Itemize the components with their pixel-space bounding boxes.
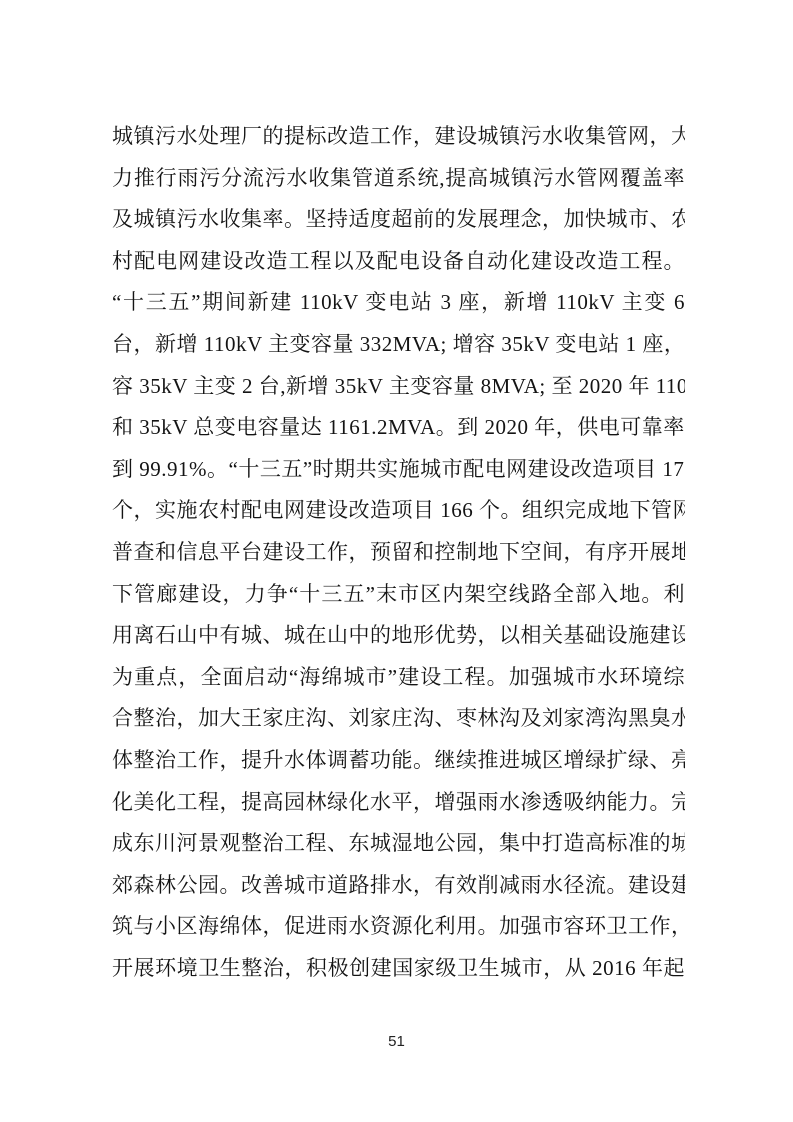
paragraph-line: 容 35kV 主变 2 台,新增 35kV 主变容量 8MVA; 至 2020 … — [112, 366, 685, 408]
paragraph-line: “十三五”期间新建 110kV 变电站 3 座，新增 110kV 主变 6 — [112, 282, 685, 324]
paragraph-line: 力推行雨污分流污水收集管道系统,提高城镇污水管网覆盖率 — [112, 158, 685, 200]
paragraph-line: 郊森林公园。改善城市道路排水，有效削减雨水径流。建设建 — [112, 865, 685, 907]
paragraph-line: 合整治，加大王家庄沟、刘家庄沟、枣林沟及刘家湾沟黑臭水 — [112, 698, 685, 740]
document-page: 城镇污水处理厂的提标改造工作，建设城镇污水收集管网，大 力推行雨污分流污水收集管… — [0, 0, 793, 1122]
paragraph-line: 台，新增 110kV 主变容量 332MVA; 增容 35kV 变电站 1 座，… — [112, 324, 685, 366]
paragraph-line: 及城镇污水收集率。坚持适度超前的发展理念，加快城市、农 — [112, 199, 685, 241]
paragraph-line: 成东川河景观整治工程、东城湿地公园，集中打造高标准的城 — [112, 823, 685, 865]
paragraph-line: 化美化工程，提高园林绿化水平，增强雨水渗透吸纳能力。完 — [112, 782, 685, 824]
paragraph-line: 用离石山中有城、城在山中的地形优势，以相关基础设施建设 — [112, 615, 685, 657]
paragraph-line: 到 99.91%。“十三五”时期共实施城市配电网建设改造项目 173 — [112, 449, 685, 491]
paragraph-line: 为重点，全面启动“海绵城市”建设工程。加强城市水环境综 — [112, 657, 685, 699]
paragraph-line: 个，实施农村配电网建设改造项目 166 个。组织完成地下管网 — [112, 490, 685, 532]
paragraph-line: 下管廊建设，力争“十三五”末市区内架空线路全部入地。利 — [112, 574, 685, 616]
paragraph-line: 筑与小区海绵体，促进雨水资源化利用。加强市容环卫工作， — [112, 906, 685, 948]
paragraph-line: 开展环境卫生整治，积极创建国家级卫生城市，从 2016 年起 — [112, 948, 685, 990]
paragraph-line: 和 35kV 总变电容量达 1161.2MVA。到 2020 年，供电可靠率达 — [112, 407, 685, 449]
page-number: 51 — [0, 1033, 793, 1050]
body-text: 城镇污水处理厂的提标改造工作，建设城镇污水收集管网，大 力推行雨污分流污水收集管… — [112, 116, 685, 989]
paragraph-line: 体整治工作，提升水体调蓄功能。继续推进城区增绿扩绿、亮 — [112, 740, 685, 782]
paragraph-line: 普查和信息平台建设工作，预留和控制地下空间，有序开展地 — [112, 532, 685, 574]
paragraph-line: 村配电网建设改造工程以及配电设备自动化建设改造工程。 — [112, 241, 685, 283]
paragraph-line: 城镇污水处理厂的提标改造工作，建设城镇污水收集管网，大 — [112, 116, 685, 158]
